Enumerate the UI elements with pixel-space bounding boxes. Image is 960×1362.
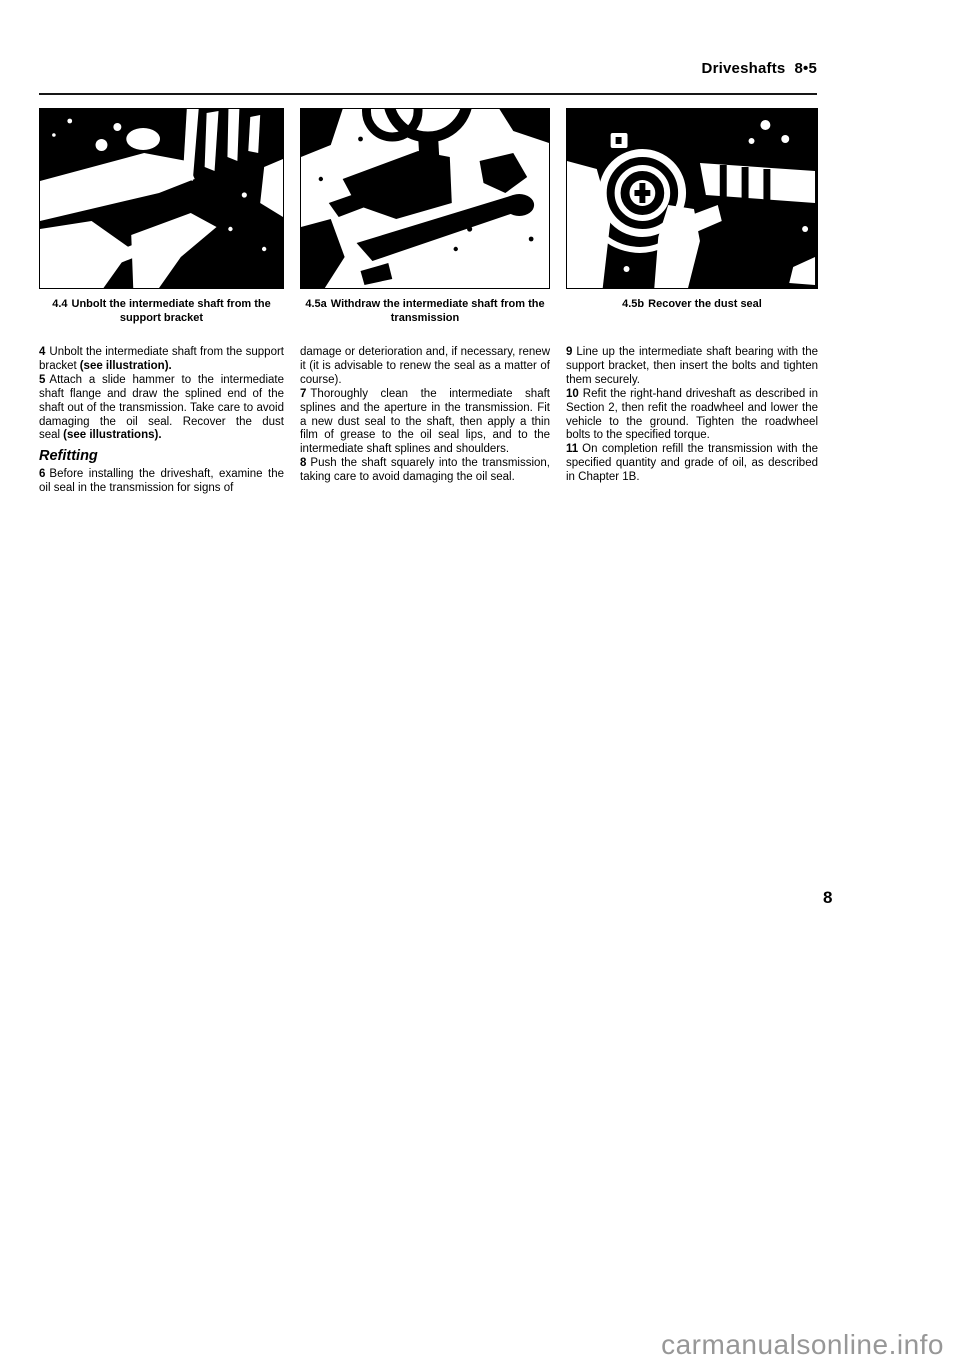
step-6: 6Before installing the driveshaft, exami… [39,468,284,496]
step-4: 4Unbolt the intermediate shaft from the … [39,346,284,374]
step-7-text: Thoroughly clean the intermediate shaft … [300,388,550,456]
step-11: 11On completion refill the transmission … [566,443,818,485]
chapter-number-tab: 8 [823,888,832,908]
figure-4-4-caption-text: Unbolt the intermediate shaft from the s… [72,298,271,324]
watermark: carmanualsonline.info [661,1330,944,1360]
step-9-text: Line up the intermediate shaft bearing w… [566,346,818,386]
text-column-3: 9Line up the intermediate shaft bearing … [566,346,818,496]
page-header: Driveshafts8•5 [39,60,817,77]
step-11-text: On completion refill the transmission wi… [566,443,818,483]
figure-4-5b-photo-art [567,109,817,288]
step-10-number: 10 [566,388,579,400]
figure-4-5b-caption-text: Recover the dust seal [648,298,762,310]
refitting-heading: Refitting [39,450,284,464]
figure-4-5b-caption: 4.5bRecover the dust seal [566,297,818,311]
figure-4-4-photo [39,108,284,289]
figure-4-5a-caption: 4.5aWithdraw the intermediate shaft from… [300,297,550,325]
figure-4-5a-photo [300,108,550,289]
step-10: 10Refit the right-hand driveshaft as des… [566,388,818,444]
text-column-1: 4Unbolt the intermediate shaft from the … [39,346,284,496]
step-7: 7Thoroughly clean the intermediate shaft… [300,388,550,458]
figure-row: 4.4Unbolt the intermediate shaft from th… [39,108,818,325]
step-10-text: Refit the right-hand driveshaft as descr… [566,388,818,442]
instruction-columns: 4Unbolt the intermediate shaft from the … [39,346,818,496]
figure-4-4: 4.4Unbolt the intermediate shaft from th… [39,108,284,325]
text-column-2: damage or deterioration and, if necessar… [300,346,550,496]
figure-4-5a-caption-text: Withdraw the intermediate shaft from the… [331,298,545,324]
step-9: 9Line up the intermediate shaft bearing … [566,346,818,388]
header-rule [39,93,817,95]
figure-4-4-photo-art [40,109,283,288]
step-4-illustration-ref: (see illustration). [80,360,172,372]
step-8-number: 8 [300,457,306,469]
figure-4-4-caption-number: 4.4 [52,298,67,310]
figure-4-5a-photo-art [301,109,549,288]
step-8: 8Push the shaft squarely into the transm… [300,457,550,485]
step-11-number: 11 [566,443,578,455]
step-5: 5Attach a slide hammer to the intermedia… [39,374,284,444]
step-8-text: Push the shaft squarely into the transmi… [300,457,550,483]
figure-4-5a: 4.5aWithdraw the intermediate shaft from… [300,108,550,325]
step-5-illustration-ref: (see illustrations). [63,429,161,441]
page-number-ref: 8•5 [794,60,817,77]
figure-4-5b-caption-number: 4.5b [622,298,644,310]
section-title: Driveshafts [702,60,786,77]
step-5-number: 5 [39,374,45,386]
step-6-number: 6 [39,468,45,480]
figure-4-4-caption: 4.4Unbolt the intermediate shaft from th… [39,297,284,325]
figure-4-5b-photo [566,108,818,289]
figure-4-5b: 4.5bRecover the dust seal [566,108,818,325]
step-6-continuation: damage or deterioration and, if necessar… [300,346,550,388]
step-9-number: 9 [566,346,572,358]
figure-4-5a-caption-number: 4.5a [305,298,326,310]
manual-page: Driveshafts8•5 [0,0,960,1362]
step-7-number: 7 [300,388,306,400]
step-4-number: 4 [39,346,45,358]
step-6-text: Before installing the driveshaft, examin… [39,468,284,494]
